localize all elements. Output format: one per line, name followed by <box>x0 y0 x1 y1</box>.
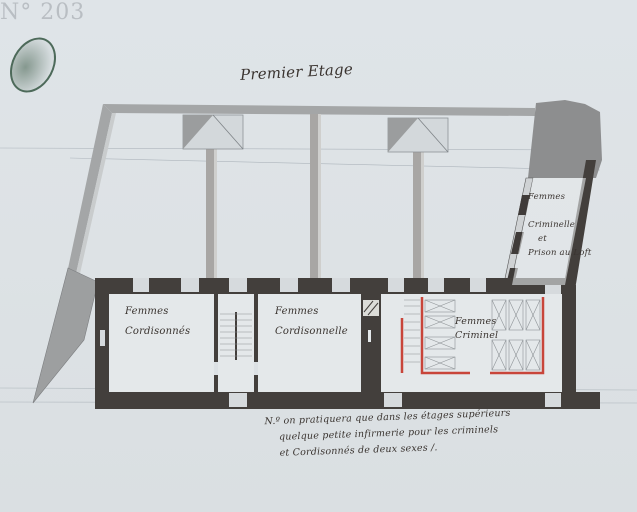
room-label-left: Femmes Cordisonnés <box>125 302 190 342</box>
room-label-line: Femmes <box>455 315 498 329</box>
annotation-note: N.º on pratiquera que dans les étages su… <box>264 406 512 463</box>
room-label-line: Criminelle <box>528 218 592 232</box>
room-label-wing: Femmes Criminelle et Prison au Loft <box>528 190 592 260</box>
room-label-center: Femmes Cordisonnelle <box>275 302 348 342</box>
room-label-line: Cordisonnelle <box>275 322 348 342</box>
room-label-right: Femmes Criminel <box>455 315 498 343</box>
room-label-line: Criminel <box>455 329 498 343</box>
room-label-line: Femmes <box>125 302 190 322</box>
room-label-line: Prison au Loft <box>528 246 592 260</box>
room-label-line: Femmes <box>528 190 592 204</box>
buttress <box>33 268 98 403</box>
lantern-right <box>388 118 448 152</box>
room-label-line: Cordisonnés <box>125 322 190 342</box>
drawing-sheet: N° 203 Premier Etage <box>0 0 637 512</box>
room-label-line: et <box>528 232 592 246</box>
room-label-line: Femmes <box>275 302 348 322</box>
courtyard-outline <box>66 104 535 279</box>
lantern-left <box>183 115 243 149</box>
